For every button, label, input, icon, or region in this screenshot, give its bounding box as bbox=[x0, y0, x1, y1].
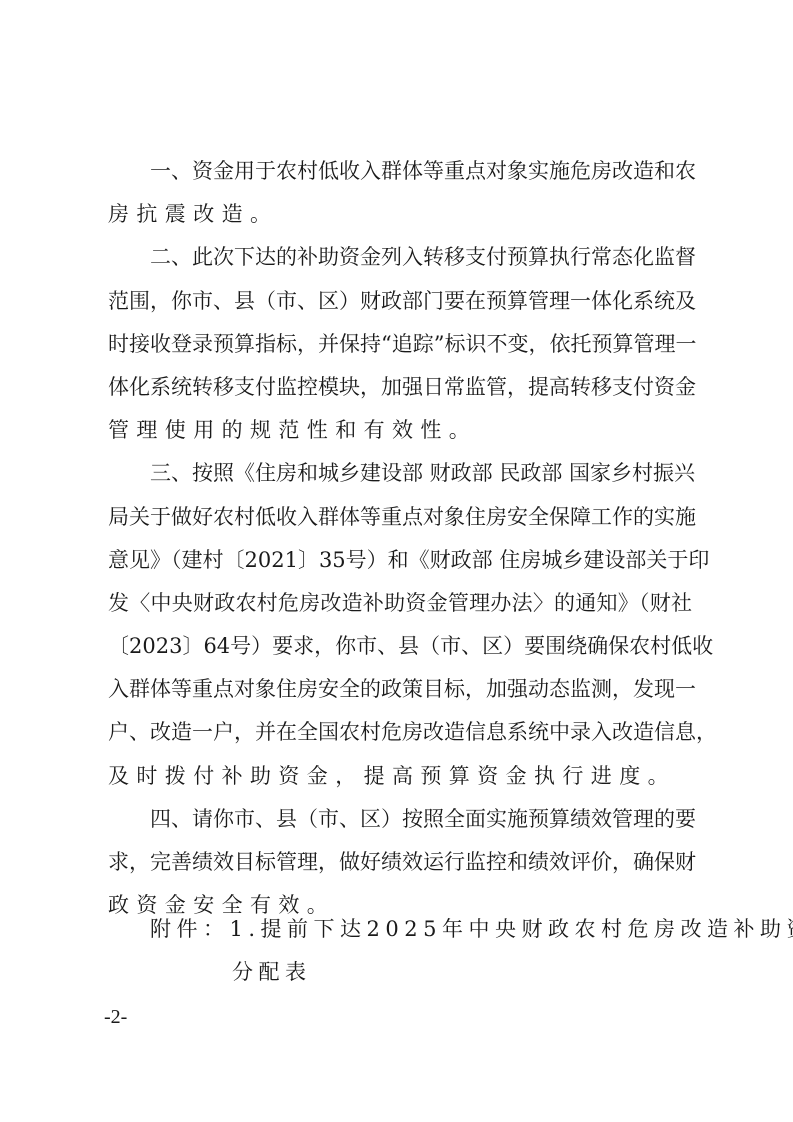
text-line: 发〈中央财政农村危房改造补助资金管理办法〉的通知》（财社 bbox=[108, 582, 692, 625]
text-line: 户、改造一户，并在全国农村危房改造信息系统中录入改造信息， bbox=[108, 711, 692, 754]
document-body: 一、资金用于农村低收入群体等重点对象实施危房改造和农 房抗震改造。 二、此次下达… bbox=[108, 150, 692, 927]
paragraph-policy-requirements: 三、按照《住房和城乡建设部 财政部 民政部 国家乡村振兴 局关于做好农村低收入群… bbox=[108, 452, 692, 798]
text-line: 意见》（建村〔2021〕35号）和《财政部 住房城乡建设部关于印 bbox=[108, 539, 692, 582]
text-line: 范围，你市、县（市、区）财政部门要在预算管理一体化系统及 bbox=[108, 280, 692, 323]
paragraph-funding-purpose: 一、资金用于农村低收入群体等重点对象实施危房改造和农 房抗震改造。 bbox=[108, 150, 692, 236]
text-line: 〔2023〕64号）要求，你市、县（市、区）要围绕确保农村低收 bbox=[108, 625, 692, 668]
page-number: -2- bbox=[104, 1004, 127, 1030]
text-line: 一、资金用于农村低收入群体等重点对象实施危房改造和农 bbox=[108, 150, 692, 193]
text-line: 时接收登录预算指标，并保持“追踪”标识不变，依托预算管理一 bbox=[108, 323, 692, 366]
text-line: 求，完善绩效目标管理，做好绩效运行监控和绩效评价，确保财 bbox=[108, 841, 692, 884]
text-line: 房抗震改造。 bbox=[108, 193, 692, 236]
text-line: 及时拨付补助资金，提高预算资金执行进度。 bbox=[108, 755, 692, 798]
paragraph-supervision: 二、此次下达的补助资金列入转移支付预算执行常态化监督 范围，你市、县（市、区）财… bbox=[108, 236, 692, 452]
text-line: 四、请你市、县（市、区）按照全面实施预算绩效管理的要 bbox=[108, 798, 692, 841]
text-line: 局关于做好农村低收入群体等重点对象住房安全保障工作的实施 bbox=[108, 496, 692, 539]
text-line: 二、此次下达的补助资金列入转移支付预算执行常态化监督 bbox=[108, 236, 692, 279]
document-page: 一、资金用于农村低收入群体等重点对象实施危房改造和农 房抗震改造。 二、此次下达… bbox=[0, 0, 793, 1122]
text-line: 三、按照《住房和城乡建设部 财政部 民政部 国家乡村振兴 bbox=[108, 452, 692, 495]
text-line: 入群体等重点对象住房安全的政策目标，加强动态监测，发现一 bbox=[108, 668, 692, 711]
attachment-item: 附件：1.提前下达2025年中央财政农村危房改造补助资金 bbox=[150, 908, 695, 951]
text-line: 管理使用的规范性和有效性。 bbox=[108, 409, 692, 452]
attachment-list: 附件：1.提前下达2025年中央财政农村危房改造补助资金 分配表 bbox=[150, 908, 695, 994]
attachment-item-continuation: 分配表 bbox=[150, 951, 695, 994]
text-line: 体化系统转移支付监控模块，加强日常监管，提高转移支付资金 bbox=[108, 366, 692, 409]
